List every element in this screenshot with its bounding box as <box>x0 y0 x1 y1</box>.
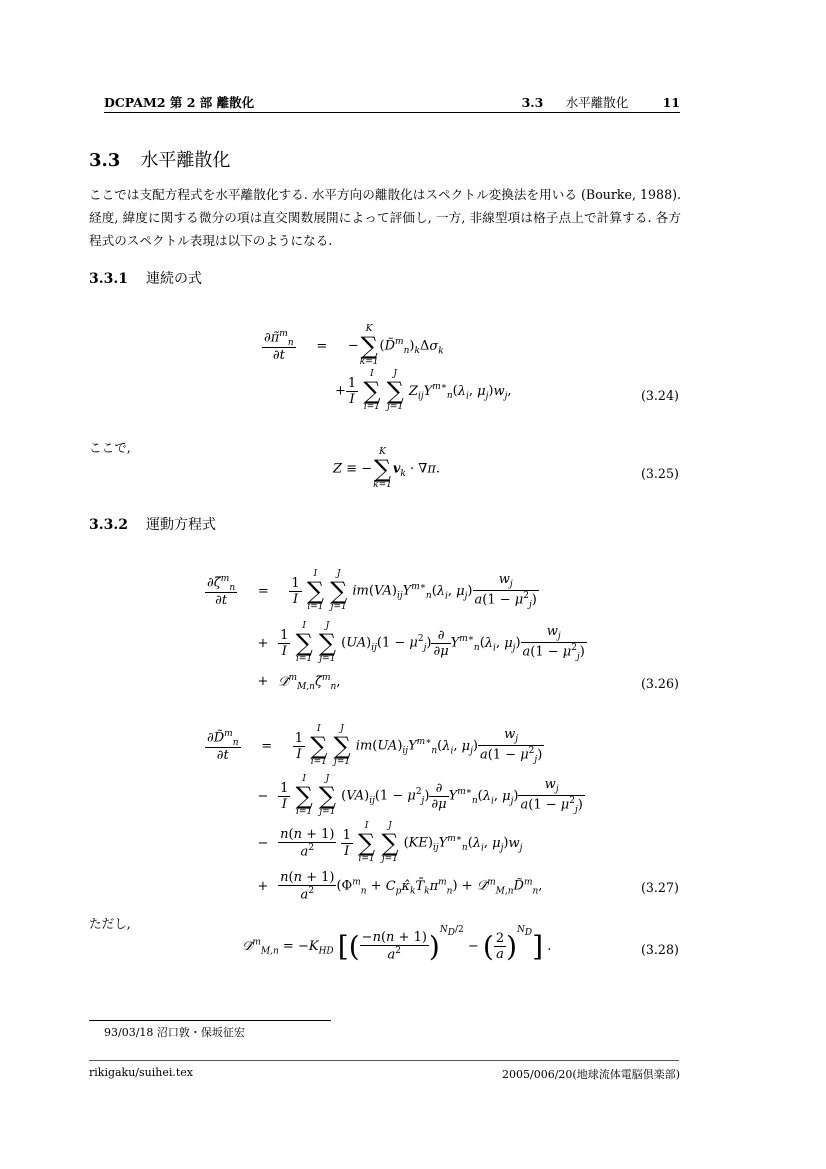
footnote-rule <box>89 1020 331 1021</box>
footer-date: 2005/006/20(地球流体電脳倶楽部) <box>502 1066 680 1082</box>
header-right: 3.3 水平離散化 11 <box>504 93 680 111</box>
connector-text: ここで, <box>89 437 131 456</box>
footnote: 93/03/18 沼口敦・保坂征宏 <box>104 1024 245 1040</box>
page-number: 11 <box>663 95 680 110</box>
equation-number-3-28: (3.28) <box>641 942 679 957</box>
subsection-heading-momentum: 3.3.2運動方程式 <box>89 514 216 534</box>
intro-paragraph: ここでは支配方程式を水平離散化する. 水平方向の離散化はスペクトル変換法を用いる… <box>89 183 681 252</box>
subsection-title: 運動方程式 <box>146 517 216 533</box>
equation-number-3-26: (3.26) <box>641 676 679 691</box>
header-rule <box>104 112 680 113</box>
equation-number-3-25: (3.25) <box>641 466 679 481</box>
subsection-number: 3.3.2 <box>89 517 128 533</box>
connector-text: ただし, <box>89 913 131 932</box>
section-title-text: 水平離散化 <box>140 150 230 171</box>
equation-number-3-24: (3.24) <box>641 388 679 403</box>
subsection-title: 連続の式 <box>146 271 202 287</box>
header-left: DCPAM2 第 2 部 離散化 <box>104 93 254 111</box>
footer-filename: rikigaku/suihei.tex <box>89 1066 193 1079</box>
equation-number-3-27: (3.27) <box>641 880 679 895</box>
header-section-title: 水平離散化 <box>566 95 629 110</box>
header-section-number: 3.3 <box>522 95 544 110</box>
subsection-heading-continuity: 3.3.1連続の式 <box>89 268 202 288</box>
subsection-number: 3.3.1 <box>89 271 128 287</box>
running-header: DCPAM2 第 2 部 離散化 3.3 水平離散化 11 <box>104 93 680 111</box>
section-number: 3.3 <box>89 150 120 171</box>
footer-rule <box>89 1060 679 1061</box>
section-title: 3.3水平離散化 <box>89 146 230 172</box>
